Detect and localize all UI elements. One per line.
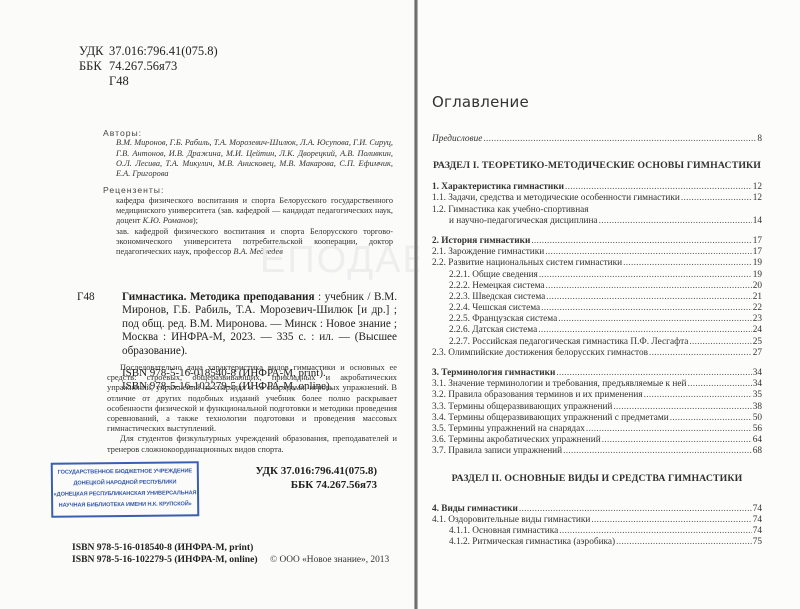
toc-entry[interactable]: 3.6. Термины акробатических упражнений64 <box>432 435 762 446</box>
toc-leader-dots <box>670 413 752 424</box>
toc-leader-dots <box>531 236 751 247</box>
toc-entry-page: 12 <box>753 193 762 204</box>
toc-leader-dots <box>591 515 751 526</box>
toc-leader-dots <box>538 325 751 336</box>
toc-leader-dots <box>563 446 752 457</box>
toc-entry-page: 27 <box>753 348 762 359</box>
toc-entry-label: 3.2. Правила образования терминов и их п… <box>432 390 643 401</box>
book-spine <box>414 0 418 609</box>
toc-leader-dots <box>519 504 752 515</box>
show-through-text: ЕПОДАВ <box>260 240 430 280</box>
toc-entry-page: 74 <box>753 526 762 537</box>
toc-entry-label: Предисловие <box>432 134 482 145</box>
toc-entry-page: 35 <box>753 390 762 401</box>
annotation: Последовательно дана характеристика видо… <box>107 363 397 455</box>
reviewers-heading: Рецензенты: <box>103 185 393 195</box>
toc-entry[interactable]: 4. Виды гимнастики74 <box>432 504 762 515</box>
classification-bold: УДК 37.016:796.41(075.8) ББК 74.267.56я7… <box>256 465 378 492</box>
toc-entry-label: 2.1. Зарождение гимнастики <box>432 247 544 258</box>
toc-entry-page: 74 <box>753 504 762 515</box>
toc-entry-page: 50 <box>753 413 762 424</box>
toc-title: Оглавление <box>432 93 529 111</box>
toc-entry-page: 38 <box>753 402 762 413</box>
authors-heading: Авторы: <box>103 128 393 138</box>
toc-entry-label: 4.1.1. Основная гимнастика <box>449 526 558 537</box>
toc-entry[interactable]: 1.2. Гимнастика как учебно-спортивная <box>432 205 762 216</box>
toc-entry-label: 4.1. Оздоровительные виды гимнастики <box>432 515 590 526</box>
toc-entry-label: 2.2.5. Французская система <box>449 314 557 325</box>
toc-entry-label: 3.6. Термины акробатических упражнений <box>432 435 601 446</box>
toc-entry[interactable]: 3.4. Термины общеразвивающих упражнений … <box>432 413 762 424</box>
toc-leader-dots <box>613 402 751 413</box>
toc-entry-label: 2.2.1. Общие сведения <box>449 270 538 281</box>
toc-entry-label: 2. История гимнастики <box>432 236 530 247</box>
toc-entry[interactable]: 4.1.1. Основная гимнастика74 <box>432 526 762 537</box>
toc-leader-dots <box>616 537 752 548</box>
toc-entry[interactable]: 3.2. Правила образования терминов и их п… <box>432 390 762 401</box>
toc-entry-label: 1. Характеристика гимнастики <box>432 182 564 193</box>
toc-entry[interactable]: 2.2.5. Французская система23 <box>432 314 762 325</box>
toc-entry-page: 20 <box>753 281 762 292</box>
toc-leader-dots <box>539 270 752 281</box>
toc-entry[interactable]: 1.1. Задачи, средства и методические осо… <box>432 193 762 204</box>
toc-entry-label: 1.1. Задачи, средства и методические осо… <box>432 193 680 204</box>
toc-section-heading: РАЗДЕЛ II. ОСНОВНЫЕ ВИДЫ И СРЕДСТВА ГИМН… <box>432 467 762 495</box>
toc-entry-page: 8 <box>757 134 762 145</box>
toc-entry-page: 22 <box>753 303 762 314</box>
toc-entry[interactable]: 4.1. Оздоровительные виды гимнастики74 <box>432 515 762 526</box>
toc-entry-label: 3.1. Значение терминологии и требования,… <box>432 379 686 390</box>
stamp-line: НАУЧНАЯ БИБЛИОТЕКА ИМЕНИ Н.К. КРУПСКОЙ» <box>53 499 197 512</box>
toc-entry-label: 2.2. Развитие национальных систем гимнас… <box>432 258 622 269</box>
classification-block: УДК 37.016:796.41(075.8) ББК 74.267.56я7… <box>79 44 218 89</box>
toc-entry-label: 3.4. Термины общеразвивающих упражнений … <box>432 413 669 424</box>
toc-entry[interactable]: 3.1. Значение терминологии и требования,… <box>432 379 762 390</box>
toc-entry-label: 2.2.6. Датская система <box>449 325 537 336</box>
toc-leader-dots <box>623 258 752 269</box>
udk-value: 37.016:796.41(075.8) <box>109 44 218 59</box>
toc-entry[interactable]: 2.2.3. Шведская система21 <box>432 292 762 303</box>
toc-entry-label: 3.3. Термины общеразвивающих упражнений <box>432 402 612 413</box>
toc-entry-label: 1.2. Гимнастика как учебно-спортивная <box>432 205 589 216</box>
toc-leader-dots <box>556 368 751 379</box>
toc-entry[interactable]: 3.7. Правила записи упражнений68 <box>432 446 762 457</box>
toc-entry-label: 2.2.3. Шведская система <box>449 292 545 303</box>
toc-entry-label: 4.1.2. Ритмическая гимнастика (аэробика) <box>449 537 615 548</box>
toc-entry[interactable]: 2.2.7. Российская педагогическая гимнаст… <box>432 337 762 348</box>
toc-entry-page: 14 <box>753 216 762 227</box>
toc-entry[interactable]: 2.2.6. Датская система24 <box>432 325 762 336</box>
bbk-value: 74.267.56я73 <box>109 59 177 74</box>
toc-entry-label: 3.7. Правила записи упражнений <box>432 446 562 457</box>
toc-entry[interactable]: 3.5. Термины упражнений на снарядах56 <box>432 424 762 435</box>
toc-entry-label: и научно-педагогическая дисциплина <box>449 216 598 227</box>
library-stamp: ГОСУДАРСТВЕННОЕ БЮДЖЕТНОЕ УЧРЕЖДЕНИЕ ДОН… <box>51 461 200 518</box>
toc-entry-page: 19 <box>753 270 762 281</box>
toc-entry-label: 3. Терминология гимнастики <box>432 368 555 379</box>
toc-entry[interactable]: 4.1.2. Ритмическая гимнастика (аэробика)… <box>432 537 762 548</box>
toc-entry[interactable]: 2.2.4. Чешская система22 <box>432 303 762 314</box>
toc-entry[interactable]: 2. История гимнастики17 <box>432 236 762 247</box>
toc-entry-page: 34 <box>753 368 762 379</box>
toc-entry-page: 74 <box>753 515 762 526</box>
toc-entry-page: 56 <box>753 424 762 435</box>
toc-leader-dots <box>558 314 751 325</box>
isbn-bold-block: ISBN 978-5-16-018540-8 (ИНФРА-М, print) … <box>72 542 258 566</box>
toc-entry[interactable]: 2.1. Зарождение гимнастики17 <box>432 247 762 258</box>
toc-leader-dots <box>586 424 752 435</box>
isbn-online-bold: ISBN 978-5-16-102279-5 (ИНФРА-М, online) <box>72 554 258 566</box>
toc-leader-dots <box>602 435 752 446</box>
toc-entry-label: 3.5. Термины упражнений на снарядах <box>432 424 585 435</box>
toc-leader-dots <box>644 390 752 401</box>
toc-leader-dots <box>565 182 752 193</box>
toc-entry[interactable]: 3. Терминология гимнастики34 <box>432 368 762 379</box>
toc-entry-page: 68 <box>753 446 762 457</box>
toc-entry-page: 25 <box>753 337 762 348</box>
toc-entry-page: 17 <box>753 236 762 247</box>
toc-leader-dots <box>541 303 752 314</box>
toc-entry-page: 17 <box>753 247 762 258</box>
annotation-audience: Для студентов физкультурных учреждений о… <box>107 434 397 454</box>
udk-label: УДК <box>79 44 109 59</box>
catalog-description: Гимнастика. Методика преподавания : учеб… <box>122 291 397 358</box>
toc-leader-dots <box>689 337 751 348</box>
toc-entry[interactable]: 2.2.1. Общие сведения19 <box>432 270 762 281</box>
toc-leader-dots <box>599 216 752 227</box>
toc-entry-label: 2.2.7. Российская педагогическая гимнаст… <box>449 337 688 348</box>
udk-bold: УДК 37.016:796.41(075.8) <box>256 465 378 479</box>
isbn-print-bold: ISBN 978-5-16-018540-8 (ИНФРА-М, print) <box>72 542 258 554</box>
toc-entry-page: 21 <box>753 292 762 303</box>
toc-entry-page: 12 <box>753 182 762 193</box>
toc-entry-label: 2.3. Олимпийские достижения белорусских … <box>432 348 648 359</box>
toc-leader-dots <box>483 134 756 145</box>
toc-entry[interactable]: 2.2. Развитие национальных систем гимнас… <box>432 258 762 269</box>
author-mark: Г48 <box>79 74 218 89</box>
toc-entry[interactable]: 2.2.2. Немецкая система20 <box>432 281 762 292</box>
catalog-code: Г48 <box>77 291 95 304</box>
toc-entry-label: 2.2.4. Чешская система <box>449 303 540 314</box>
toc-section-heading: РАЗДЕЛ I. ТЕОРЕТИКО-МЕТОДИЧЕСКИЕ ОСНОВЫ … <box>432 154 762 182</box>
table-of-contents: Предисловие8РАЗДЕЛ I. ТЕОРЕТИКО-МЕТОДИЧЕ… <box>432 134 762 548</box>
toc-entry-page: 34 <box>753 379 762 390</box>
toc-leader-dots <box>546 292 751 303</box>
toc-leader-dots <box>649 348 752 359</box>
toc-entry[interactable]: Предисловие8 <box>432 134 762 145</box>
toc-leader-dots <box>687 379 751 390</box>
toc-leader-dots <box>545 247 751 258</box>
toc-entry[interactable]: 1. Характеристика гимнастики12 <box>432 182 762 193</box>
toc-leader-dots <box>559 526 751 537</box>
toc-entry[interactable]: 3.3. Термины общеразвивающих упражнений3… <box>432 402 762 413</box>
toc-entry[interactable]: и научно-педагогическая дисциплина14 <box>432 216 762 227</box>
authors-list: В.М. Миронов, Г.Б. Рабиль, Т.А. Морозеви… <box>103 138 393 179</box>
toc-entry-page: 23 <box>753 314 762 325</box>
copyright: © ООО «Новое знание», 2013 <box>270 555 389 565</box>
annotation-paragraph: Последовательно дана характеристика видо… <box>107 363 397 434</box>
toc-entry-page: 64 <box>753 435 762 446</box>
toc-entry-label: 4. Виды гимнастики <box>432 504 518 515</box>
left-page: УДК 37.016:796.41(075.8) ББК 74.267.56я7… <box>0 0 415 609</box>
toc-entry-page: 19 <box>753 258 762 269</box>
toc-entry-label: 2.2.2. Немецкая система <box>449 281 545 292</box>
toc-leader-dots <box>546 281 752 292</box>
toc-entry[interactable]: 2.3. Олимпийские достижения белорусских … <box>432 348 762 359</box>
toc-leader-dots <box>681 193 752 204</box>
toc-entry-page: 75 <box>753 537 762 548</box>
toc-entry-page: 24 <box>753 325 762 336</box>
reviewer-1: кафедра физического воспитания и спорта … <box>103 196 393 227</box>
bbk-label: ББК <box>79 59 109 74</box>
bbk-bold: ББК 74.267.56я73 <box>256 479 378 493</box>
